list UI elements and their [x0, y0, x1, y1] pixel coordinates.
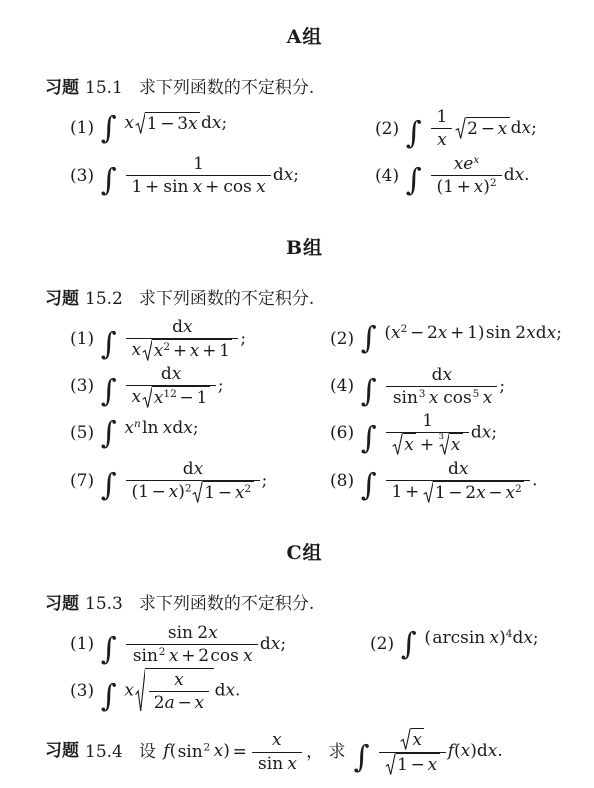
problem-number: (2)	[330, 329, 354, 349]
problem-8: (8)∫ dx1+1−2x−x2.	[330, 458, 538, 504]
radical: 2−x	[455, 117, 510, 140]
fraction: dx1+1−2x−x2	[386, 458, 530, 504]
exercise-heading: 习题15.4设 f(sin2 x)=xsin x， 求 ∫ x1−xf(x)dx…	[45, 728, 564, 775]
exercise-content: A组习题15.1求下列函数的不定积分.(1)∫ x1−3xdx;(2)∫ 1x2…	[45, 22, 564, 776]
fraction: dx(1−x)21−x2	[126, 458, 259, 504]
radical: x	[400, 728, 424, 751]
problem-number: (2)	[370, 634, 394, 654]
page: A组习题15.1求下列函数的不定积分.(1)∫ x1−3xdx;(2)∫ 1x2…	[0, 0, 594, 788]
group-heading: A组	[45, 22, 564, 49]
problem-row: (7)∫ dx(1−x)21−x2;(8)∫ dx1+1−2x−x2.	[70, 458, 564, 504]
integral-sign: ∫	[101, 114, 117, 145]
exercise-number: 15.2	[85, 289, 123, 309]
exercise-15.3: 习题15.3求下列函数的不定积分.(1)∫ sin 2xsin2 x+2cos …	[45, 592, 564, 715]
exercise-number: 15.4	[85, 742, 123, 762]
radical: x2a−x	[135, 668, 214, 714]
math-formula: ∫ dxsin3 x cos5 x;	[360, 364, 505, 409]
problem-number: (3)	[70, 681, 94, 701]
problem-number: (3)	[70, 376, 94, 396]
integral-sign: ∫	[354, 743, 370, 774]
fraction: xex(1+x)2	[431, 153, 501, 198]
problem-number: (7)	[70, 471, 94, 491]
problem-row: (1)∫ sin 2xsin2 x+2cos xdx;(2)∫ (arcsin …	[70, 621, 564, 667]
fraction: x2a−x	[149, 669, 209, 714]
math-formula: ∫ xx2a−xdx.	[100, 668, 240, 714]
exercise-label: 习题	[45, 742, 79, 762]
exercise-number: 15.3	[85, 594, 123, 614]
problem-row: (3)∫ dxxx12−1;(4)∫ dxsin3 x cos5 x;	[70, 363, 564, 409]
problem-number: (1)	[70, 329, 94, 349]
exercise-heading: 习题15.1求下列函数的不定积分.	[45, 76, 564, 102]
integral-sign: ∫	[406, 119, 422, 150]
math-formula: ∫ xex(1+x)2dx.	[405, 153, 529, 198]
problem-number: (8)	[330, 471, 354, 491]
integral-sign: ∫	[101, 419, 117, 450]
problem-6: (6)∫ 1x+3xdx;	[330, 410, 497, 456]
fraction: dxsin3 x cos5 x	[386, 364, 497, 409]
math-formula: ∫ dxxx12−1;	[100, 363, 223, 409]
group-heading: C组	[45, 538, 564, 565]
radical: 1−3x	[135, 112, 200, 135]
exercise-label: 习题	[45, 594, 79, 614]
integral-sign: ∫	[101, 166, 117, 197]
section-c: C组习题15.3求下列函数的不定积分.(1)∫ sin 2xsin2 x+2co…	[45, 538, 564, 776]
exercise-intro: 设 f(sin2 x)=xsin x， 求 ∫ x1−xf(x)dx.	[137, 742, 503, 762]
exercise-15.2: 习题15.2求下列函数的不定积分.(1)∫ dxxx2+x+1;(2)∫ (x2…	[45, 287, 564, 504]
problem-3: (3)∫ dxxx12−1;	[70, 363, 330, 409]
math-formula: ∫ 11+sin x+cos xdx;	[100, 153, 299, 198]
exercise-15.4: 习题15.4设 f(sin2 x)=xsin x， 求 ∫ x1−xf(x)dx…	[45, 728, 564, 775]
problem-row: (3)∫ xx2a−xdx.	[70, 668, 564, 714]
fraction: dxxx2+x+1	[126, 316, 238, 362]
exercise-label: 习题	[45, 78, 79, 98]
problem-number: (2)	[375, 119, 399, 139]
fraction: xsin x	[252, 729, 303, 774]
problem-number: (4)	[375, 166, 399, 186]
intro-text: ， 求	[306, 742, 351, 762]
problem-row: (3)∫ 11+sin x+cos xdx;(4)∫ xex(1+x)2dx.	[70, 153, 564, 199]
math-formula: ∫ (arcsin x)4dx;	[400, 628, 539, 660]
integral-sign: ∫	[401, 630, 417, 661]
section-b: B组习题15.2求下列函数的不定积分.(1)∫ dxxx2+x+1;(2)∫ (…	[45, 233, 564, 504]
problem-2: (2)∫ 1x2−xdx;	[375, 106, 537, 151]
exercise-15.1: 习题15.1求下列函数的不定积分.(1)∫ x1−3xdx;(2)∫ 1x2−x…	[45, 76, 564, 199]
intro-text: 求下列函数的不定积分.	[139, 289, 314, 309]
radical: x2+x+1	[142, 339, 233, 362]
exercise-intro: 求下列函数的不定积分.	[137, 78, 316, 98]
radical: 1−x2	[192, 481, 253, 504]
problem-number: (1)	[70, 634, 94, 654]
fraction: 1x+3x	[386, 410, 468, 456]
fraction: 11+sin x+cos x	[126, 153, 270, 198]
exercise-intro: 求下列函数的不定积分.	[137, 289, 316, 309]
problem-1: (1)∫ x1−3xdx;	[70, 112, 375, 145]
problem-grid: (1)∫ sin 2xsin2 x+2cos xdx;(2)∫ (arcsin …	[45, 621, 564, 714]
integral-sign: ∫	[101, 330, 117, 361]
math-formula: ∫ x1−3xdx;	[100, 112, 227, 145]
math-formula: f(sin2 x)=xsin x	[163, 729, 304, 774]
problem-1: (1)∫ sin 2xsin2 x+2cos xdx;	[70, 622, 370, 667]
fraction: sin 2xsin2 x+2cos x	[126, 622, 257, 667]
exercise-intro: 求下列函数的不定积分.	[137, 594, 316, 614]
math-formula: ∫ dxxx2+x+1;	[100, 316, 246, 362]
intro-text: 求下列函数的不定积分.	[139, 78, 314, 98]
intro-text: 求下列函数的不定积分.	[139, 594, 314, 614]
exercise-number: 15.1	[85, 78, 123, 98]
integral-sign: ∫	[101, 377, 117, 408]
integral-sign: ∫	[361, 424, 377, 455]
problem-5: (5)∫ xnln xdx;	[70, 418, 330, 450]
problem-1: (1)∫ dxxx2+x+1;	[70, 316, 330, 362]
math-formula: ∫ dx(1−x)21−x2;	[100, 458, 267, 504]
radical: x	[392, 433, 416, 456]
problem-number: (4)	[330, 376, 354, 396]
intro-text: 设	[139, 742, 161, 762]
math-formula: ∫ 1x2−xdx;	[405, 106, 537, 151]
problem-row: (1)∫ dxxx2+x+1;(2)∫ (x2−2x+1)sin 2xdx;	[70, 316, 564, 362]
problem-4: (4)∫ dxsin3 x cos5 x;	[330, 364, 505, 409]
radical: 3x	[438, 433, 463, 456]
integral-sign: ∫	[101, 682, 117, 713]
fraction: 1x	[431, 106, 452, 151]
exercise-heading: 习题15.3求下列函数的不定积分.	[45, 592, 564, 618]
math-formula: ∫ dx1+1−2x−x2.	[360, 458, 537, 504]
radical: x12−1	[142, 386, 210, 409]
integral-sign: ∫	[406, 166, 422, 197]
section-a: A组习题15.1求下列函数的不定积分.(1)∫ x1−3xdx;(2)∫ 1x2…	[45, 22, 564, 199]
problem-4: (4)∫ xex(1+x)2dx.	[375, 153, 530, 198]
problem-7: (7)∫ dx(1−x)21−x2;	[70, 458, 330, 504]
radical: 1−x	[385, 753, 440, 776]
fraction: x1−x	[379, 728, 445, 775]
math-formula: ∫ x1−xf(x)dx.	[353, 728, 503, 775]
math-formula: ∫ 1x+3xdx;	[360, 410, 497, 456]
math-formula: ∫ sin 2xsin2 x+2cos xdx;	[100, 622, 286, 667]
integral-sign: ∫	[361, 324, 377, 355]
exercise-label: 习题	[45, 289, 79, 309]
integral-sign: ∫	[361, 471, 377, 502]
problem-number: (3)	[70, 166, 94, 186]
problem-2: (2)∫ (x2−2x+1)sin 2xdx;	[330, 323, 562, 355]
integral-sign: ∫	[101, 471, 117, 502]
problem-grid: (1)∫ x1−3xdx;(2)∫ 1x2−xdx;(3)∫ 11+sin x+…	[45, 106, 564, 199]
math-formula: ∫ xnln xdx;	[100, 418, 198, 450]
integral-sign: ∫	[101, 635, 117, 666]
fraction: dxxx12−1	[126, 363, 215, 409]
group-heading: B组	[45, 233, 564, 260]
problem-number: (5)	[70, 423, 94, 443]
exercise-heading: 习题15.2求下列函数的不定积分.	[45, 287, 564, 313]
problem-number: (1)	[70, 118, 94, 138]
problem-2: (2)∫ (arcsin x)4dx;	[370, 628, 539, 660]
problem-number: (6)	[330, 423, 354, 443]
problem-row: (5)∫ xnln xdx;(6)∫ 1x+3xdx;	[70, 410, 564, 456]
problem-grid: (1)∫ dxxx2+x+1;(2)∫ (x2−2x+1)sin 2xdx;(3…	[45, 316, 564, 504]
integral-sign: ∫	[361, 377, 377, 408]
problem-3: (3)∫ 11+sin x+cos xdx;	[70, 153, 375, 198]
problem-row: (1)∫ x1−3xdx;(2)∫ 1x2−xdx;	[70, 106, 564, 152]
radical: 1−2x−x2	[423, 481, 524, 504]
math-formula: ∫ (x2−2x+1)sin 2xdx;	[360, 323, 562, 355]
problem-3: (3)∫ xx2a−xdx.	[70, 668, 370, 714]
